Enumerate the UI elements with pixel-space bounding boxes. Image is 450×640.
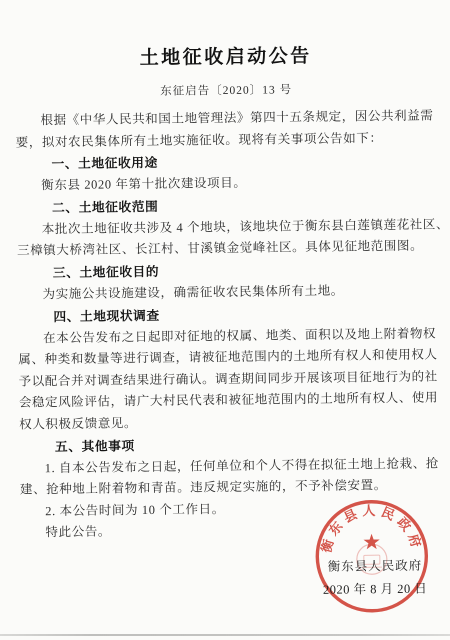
scanned-document: 土地征收启动公告 东征启告〔2020〕13 号 根据《中华人民共和国土地管理法》… [0,0,450,640]
seal-ring-text: 衡东县人民政府 [318,503,425,555]
issue-date: 2020 年 8 月 20 日 [317,579,433,598]
announcement-body: 根据《中华人民共和国土地管理法》第四十五条规定，因公共利益需 要，拟对农民集体所… [15,106,432,545]
page-title: 土地征收启动公告 [0,0,450,73]
announcement-page: 土地征收启动公告 东征启告〔2020〕13 号 根据《中华人民共和国土地管理法》… [0,0,450,640]
page-bottom-edge [0,634,450,636]
doc-number: 东征启告〔2020〕13 号 [1,79,450,100]
issuer-signature: 衡东县人民政府 [327,556,423,575]
svg-text:衡东县人民政府: 衡东县人民政府 [318,503,425,555]
seal-star-icon [363,534,379,550]
